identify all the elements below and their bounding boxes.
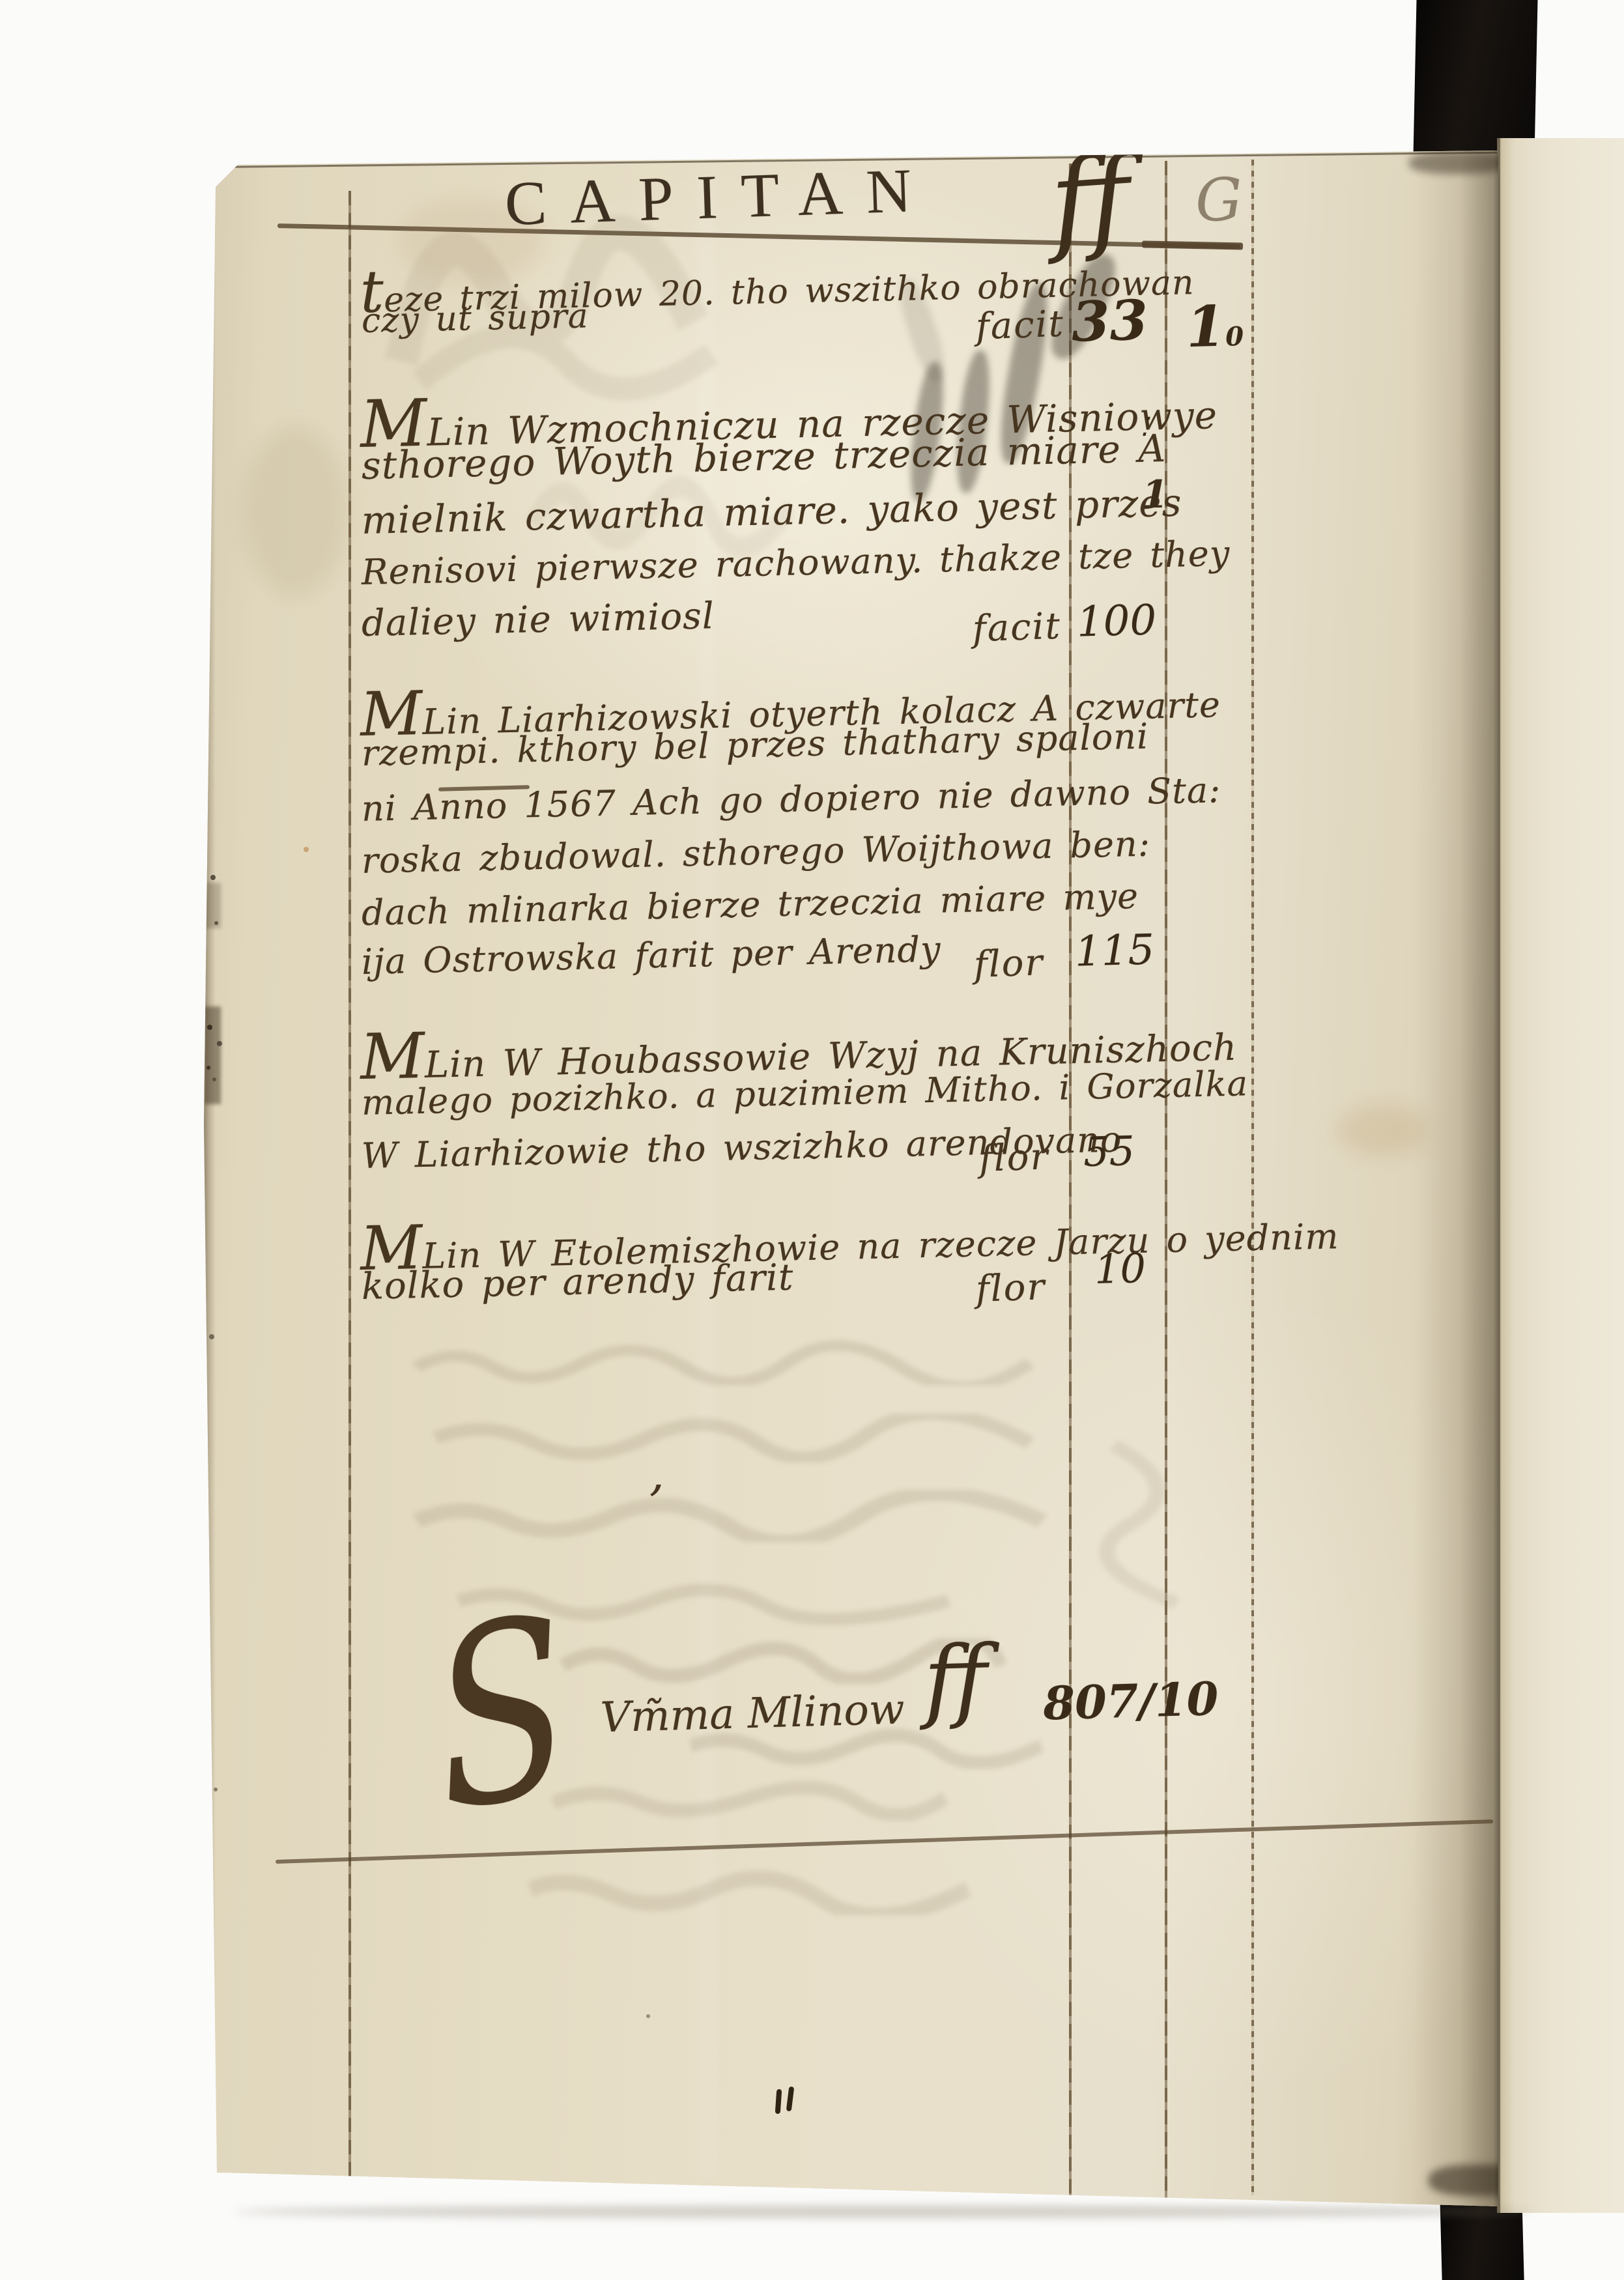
florins-column-mark: ff bbox=[1047, 149, 1133, 249]
result-label: facit bbox=[975, 303, 1065, 349]
foxing-specks bbox=[204, 147, 207, 149]
summa-initial: S bbox=[422, 1583, 582, 1846]
page-drop-shadow bbox=[235, 2206, 1531, 2217]
entry-line: ni Anno 1567 Ach go dopiero nie dawno St… bbox=[361, 769, 1221, 829]
result-label: flor bbox=[973, 941, 1044, 986]
manuscript-page: CAPITAN ff G teze trzi milow 20. tho wsz… bbox=[204, 147, 1498, 2210]
result-label: flor bbox=[978, 1135, 1049, 1180]
summa-block: S Vm̃ma Mlinow ff 807/10 bbox=[420, 1590, 1342, 1980]
florins-value: 33 bbox=[1071, 287, 1148, 354]
entry-line: roska zbudowal. sthorego Woijthowa ben: bbox=[361, 823, 1150, 881]
bleedthrough-ghost bbox=[423, 1414, 1042, 1462]
result-label: flor bbox=[975, 1266, 1046, 1311]
ribbon-smudge bbox=[1409, 152, 1507, 174]
page-left-edge bbox=[204, 147, 216, 2163]
florins-value: 55 bbox=[1083, 1127, 1135, 1176]
summa-text: Vm̃ma Mlinow bbox=[600, 1685, 905, 1742]
paper-stain bbox=[243, 427, 347, 596]
page-bottom-edge bbox=[213, 2174, 1497, 2210]
result-label: facit bbox=[972, 605, 1062, 651]
entry-line: kolko per arendy farit bbox=[361, 1257, 794, 1308]
entry-line: daliey nie wimiosl bbox=[361, 595, 715, 645]
edge-stain bbox=[204, 1006, 221, 1104]
column-tally-mark: 1 bbox=[1142, 472, 1168, 517]
column-dots-mark: ⁚ bbox=[1140, 412, 1148, 442]
florins-value: 100 bbox=[1076, 596, 1157, 646]
paper-stain bbox=[1337, 1104, 1429, 1156]
florins-value: 10 bbox=[1094, 1244, 1147, 1293]
entry-line: dach mlinarka bierze trzeczia miare mye bbox=[361, 876, 1139, 933]
summa-currency-mark: ff bbox=[923, 1643, 989, 1717]
groschen-value: 10 bbox=[1186, 293, 1244, 360]
page-title: CAPITAN bbox=[504, 153, 936, 240]
edge-stain bbox=[204, 883, 221, 928]
register-ribbon-top bbox=[1413, 0, 1537, 156]
entry-line: ija Ostrowska farit per Arendy bbox=[361, 929, 941, 982]
summa-amount: 807/10 bbox=[1042, 1672, 1219, 1730]
groschen-column-mark: G bbox=[1194, 165, 1244, 235]
gutter-shading bbox=[1412, 147, 1498, 2210]
bleedthrough-ghost bbox=[1075, 1433, 1231, 1616]
next-page-edge bbox=[1497, 138, 1624, 2213]
florins-value: 115 bbox=[1074, 926, 1155, 976]
entry-line: Renisovi pierwsze rachowany. thakze tze … bbox=[361, 533, 1231, 593]
entry-line: mielnik czwartha miare. yako yest przes bbox=[361, 481, 1182, 543]
ink-ticks bbox=[776, 2087, 802, 2116]
margin-rule-left bbox=[349, 191, 351, 2194]
bleedthrough-ghost bbox=[404, 1340, 1042, 1386]
stray-ink-mark: , bbox=[649, 1446, 664, 1501]
bleedthrough-ghost bbox=[404, 1490, 1055, 1542]
entry-line: czy ut supra bbox=[361, 296, 589, 341]
